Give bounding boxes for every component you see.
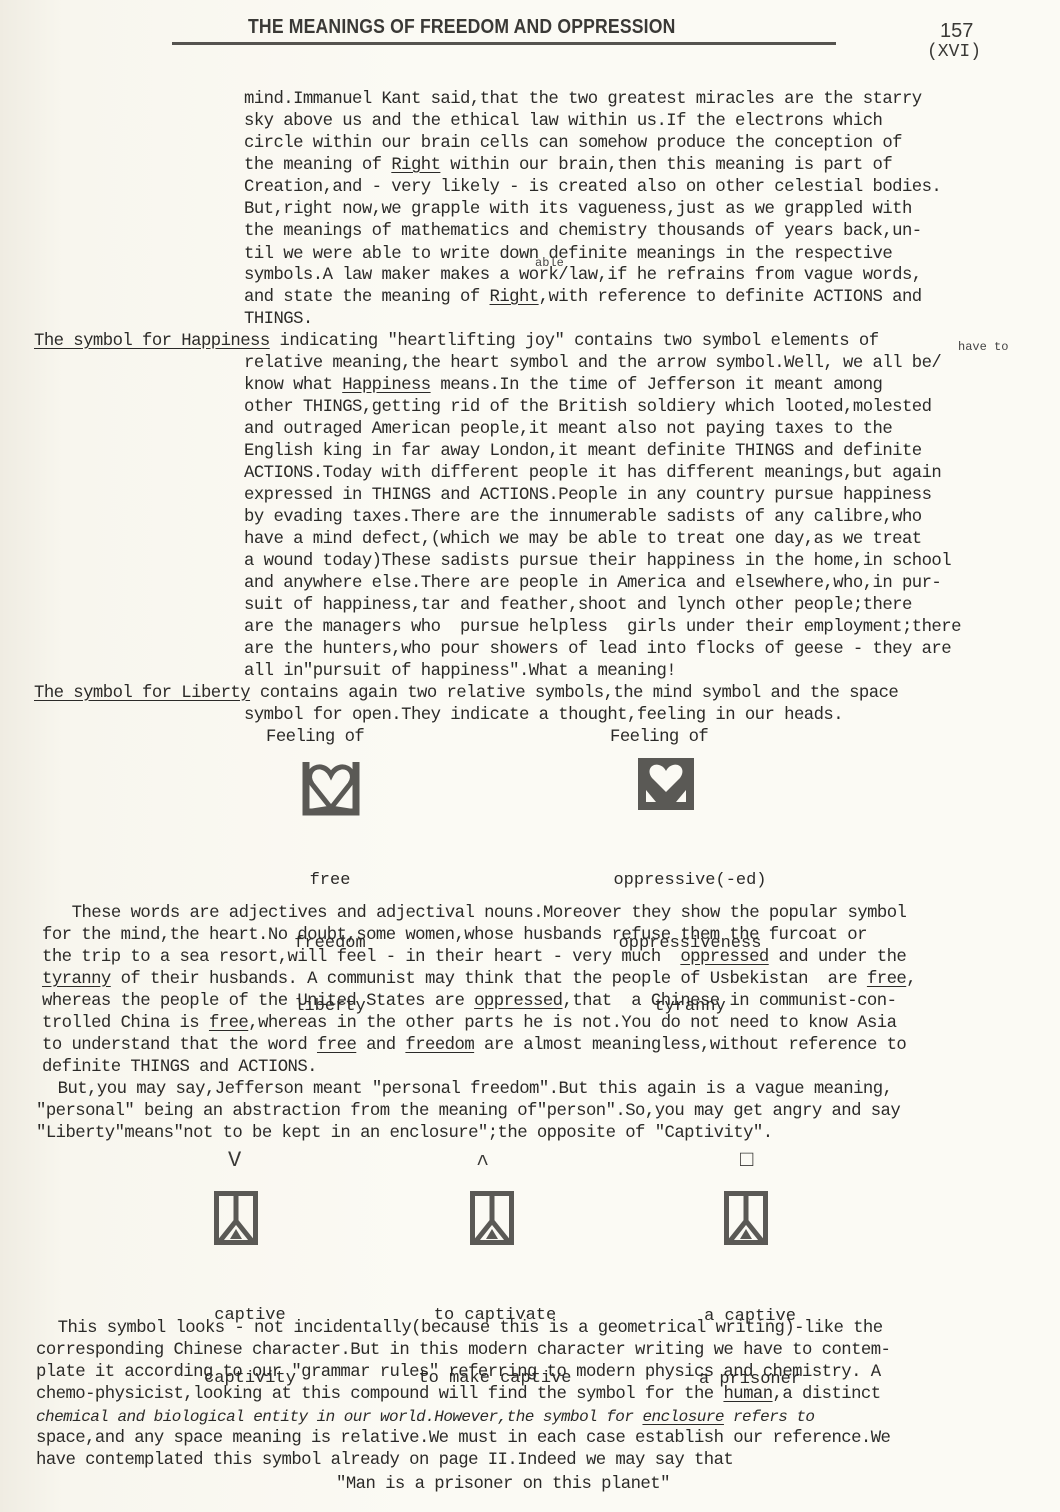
text-line: The symbol for Happiness indicating "hea… — [34, 331, 879, 353]
text-line: circle within our brain cells can someho… — [244, 133, 902, 155]
text-line: to understand that the word free and fre… — [42, 1035, 906, 1057]
header-rule — [172, 42, 836, 45]
margin-heading-liberty: The symbol for Liberty — [34, 684, 250, 703]
emphasis-free: free — [867, 970, 906, 989]
handwritten-annotation: have to — [958, 340, 1008, 354]
text-line: chemical and biological entity in our wo… — [36, 1406, 814, 1428]
text-line: are the hunters,who pour showers of lead… — [244, 639, 951, 661]
text-line: tyranny of their husbands. A communist m… — [42, 969, 916, 991]
margin-heading-happiness: The symbol for Happiness — [34, 332, 270, 351]
text-line: Creation,and - very likely - is created … — [244, 177, 941, 199]
text-line: for the mind,the heart.No doubt,some wom… — [42, 925, 867, 947]
up-mark: ^ — [476, 1152, 489, 1177]
emphasis-tyranny: tyranny — [42, 970, 111, 989]
text-line: a wound today)These sadists pursue their… — [244, 551, 951, 573]
text-line: sky above us and the ethical law within … — [244, 111, 882, 133]
text-line: the meanings of mathematics and chemistr… — [244, 221, 922, 243]
symbol-caption: Feeling of — [266, 727, 364, 749]
running-header-title: THE MEANINGS OF FREEDOM AND OPPRESSION — [248, 16, 676, 39]
page-roman-numeral: (XVI) — [927, 42, 981, 62]
text-line: all in"pursuit of happiness".What a mean… — [244, 661, 676, 683]
text-line: But,you may say,Jefferson meant "persona… — [38, 1079, 892, 1101]
text-line: But,right now,we grapple with its vaguen… — [244, 199, 912, 221]
emphasis-free: free — [317, 1036, 356, 1055]
text-line: symbol for open.They indicate a thought,… — [244, 705, 843, 727]
text-line: THINGS. — [244, 309, 313, 331]
text-line: These words are adjectives and adjectiva… — [52, 903, 906, 925]
text-line: the meaning of Right within our brain,th… — [244, 155, 892, 177]
emphasis-right: Right — [391, 156, 440, 175]
text-line: English king in far away London,it meant… — [244, 441, 922, 463]
heart-closed-enclosure-icon — [638, 758, 694, 810]
emphasis-freedom: freedom — [405, 1036, 474, 1055]
captive-enclosure-icon — [214, 1191, 258, 1245]
page-number: 157 — [940, 20, 973, 43]
text-line: "Liberty"means"not to be kept in an encl… — [36, 1123, 773, 1145]
text-line: relative meaning,the heart symbol and th… — [244, 353, 941, 375]
text-line: plate it according to our "grammar rules… — [36, 1362, 881, 1384]
text-line: are the managers who pursue helpless gir… — [244, 617, 961, 639]
symbol-caption: Feeling of — [610, 727, 708, 749]
text-line: the trip to a sea resort,will feel - in … — [42, 947, 906, 969]
down-mark: V — [228, 1148, 241, 1173]
emphasis-oppressed: oppressed — [680, 948, 768, 967]
text-line: corresponding Chinese character.But in t… — [36, 1340, 890, 1362]
heart-open-enclosure-icon — [302, 758, 360, 816]
emphasis-right: Right — [490, 288, 539, 307]
text-line: The symbol for Liberty contains again tw… — [34, 683, 898, 705]
emphasis-free: free — [209, 1014, 248, 1033]
text-line: definite THINGS and ACTIONS. — [42, 1057, 317, 1079]
text-line: have a mind defect,(which we may be able… — [244, 529, 922, 551]
text-line: other THINGS,getting rid of the British … — [244, 397, 931, 419]
square-mark: □ — [740, 1148, 753, 1173]
text-line: and state the meaning of Right,with refe… — [244, 287, 922, 309]
text-line: and outraged American people,it meant al… — [244, 419, 892, 441]
text-line: til we were able to write down definite … — [244, 244, 892, 266]
text-line: expressed in THINGS and ACTIONS.People i… — [244, 485, 931, 507]
emphasis-human: human — [723, 1385, 772, 1404]
text-line: know what Happiness means.In the time of… — [244, 375, 882, 397]
emphasis-happiness: Happiness — [342, 376, 430, 395]
closing-quote: "Man is a prisoner on this planet" — [336, 1474, 670, 1496]
text-line: chemo-physicist,looking at this compound… — [36, 1384, 881, 1406]
text-line: ACTIONS.Today with different people it h… — [244, 463, 941, 485]
emphasis-oppressed: oppressed — [474, 992, 562, 1011]
emphasis-enclosure: enclosure — [642, 1408, 723, 1426]
text-line: whereas the people of the United States … — [42, 991, 896, 1013]
text-line: symbols.A law maker makes a work/law,if … — [244, 265, 922, 287]
text-line: "personal" being an abstraction from the… — [36, 1101, 900, 1123]
text-line: mind.Immanuel Kant said,that the two gre… — [244, 89, 922, 111]
text-line: have contemplated this symbol already on… — [36, 1450, 733, 1472]
text-line: trolled China is free,whereas in the oth… — [42, 1013, 896, 1035]
text-line: This symbol looks - not incidentally(bec… — [38, 1318, 883, 1340]
captive-enclosure-icon — [724, 1191, 768, 1245]
text-line: suit of happiness,tar and feather,shoot … — [244, 595, 912, 617]
captive-enclosure-icon — [470, 1191, 514, 1245]
text-line: by evading taxes.There are the innumerab… — [244, 507, 922, 529]
text-line: and anywhere else.There are people in Am… — [244, 573, 941, 595]
text-line: space,and any space meaning is relative.… — [36, 1428, 890, 1450]
